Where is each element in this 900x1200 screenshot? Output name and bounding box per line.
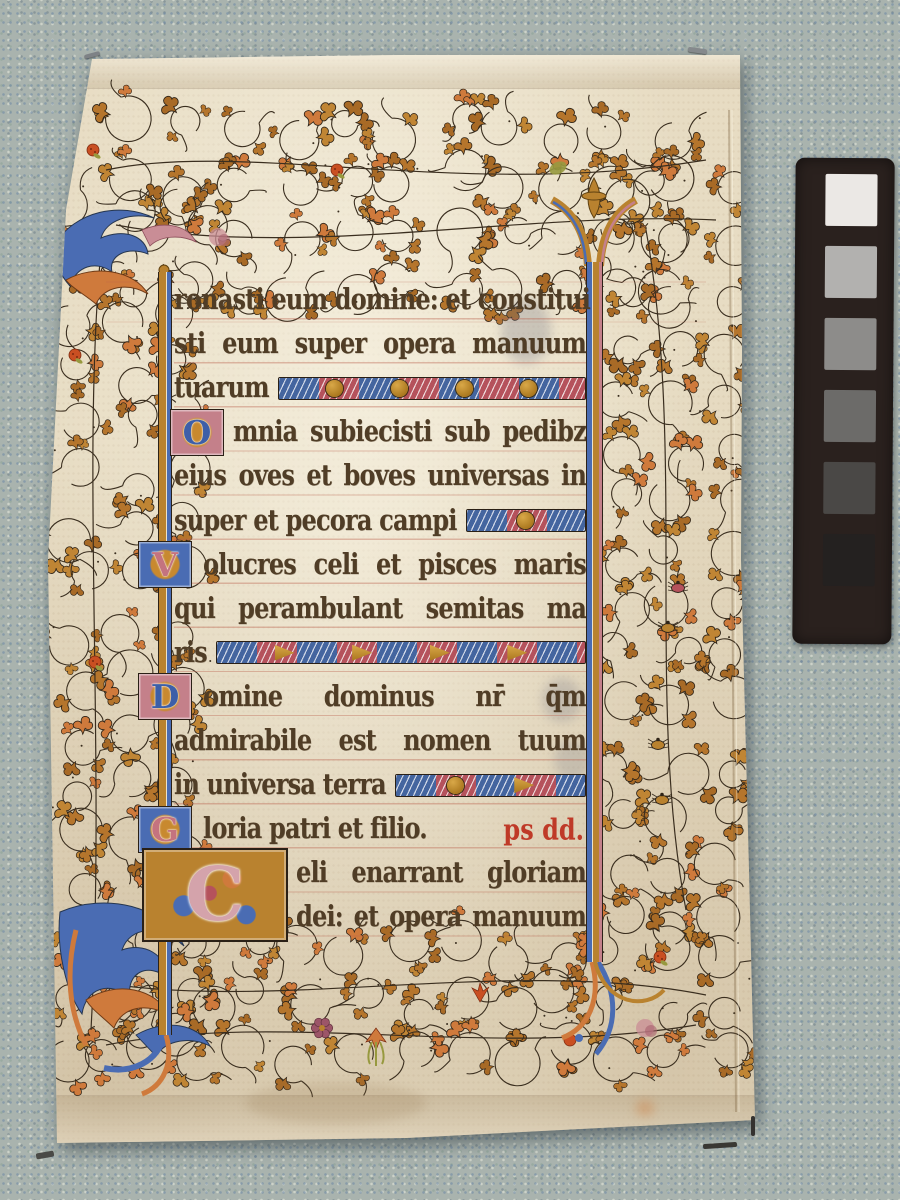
line-filler bbox=[466, 509, 586, 532]
calibration-patch bbox=[825, 174, 877, 226]
line-text: olucres celi et pisces maris bbox=[203, 549, 586, 578]
text-line: ris bbox=[174, 631, 586, 675]
line-filler bbox=[278, 377, 586, 400]
stain bbox=[636, 1100, 654, 1116]
big-illuminated-initial-C: C bbox=[142, 848, 288, 942]
gold-triangle-ornament bbox=[352, 645, 372, 661]
text-line: Gloria patri et filio.ps dd. bbox=[174, 807, 586, 851]
calibration-patch bbox=[823, 534, 875, 586]
gold-ball-ornament bbox=[326, 380, 343, 397]
text-line: Volucres celi et pisces maris bbox=[174, 543, 586, 587]
gold-ball-ornament bbox=[391, 380, 408, 397]
gold-ball-ornament bbox=[447, 777, 464, 794]
calibration-patch bbox=[823, 462, 875, 514]
illuminated-initial: G bbox=[138, 806, 192, 853]
calibration-patch bbox=[825, 246, 877, 298]
manuscript-page: ronasti eum domine: et constituisti eum … bbox=[46, 50, 758, 1148]
mounting-mark bbox=[703, 1142, 737, 1149]
line-text: eius oves et boves universas in bbox=[174, 461, 586, 490]
line-text: super et pecora campi bbox=[174, 505, 457, 534]
manuscript-page-wrap: ronasti eum domine: et constituisti eum … bbox=[46, 50, 758, 1148]
gold-ball-ornament bbox=[456, 380, 473, 397]
stain bbox=[246, 1082, 426, 1124]
gold-ball-ornament bbox=[520, 380, 537, 397]
line-text: eli enarrant gloriam bbox=[296, 858, 586, 887]
line-text: tuarum bbox=[174, 373, 269, 402]
line-text: loria patri et filio. bbox=[203, 814, 427, 843]
line-text: mnia subiecisti sub pedibz bbox=[233, 417, 586, 446]
line-text: ris bbox=[174, 638, 207, 667]
text-line: in universa terra bbox=[174, 763, 586, 807]
illuminated-initial: O bbox=[170, 409, 224, 456]
line-text: omine dominus nr̄ q̄m bbox=[203, 682, 586, 711]
text-block: ronasti eum domine: et constituisti eum … bbox=[174, 278, 586, 941]
text-line: Omnia subiecisti sub pedibz bbox=[174, 410, 586, 454]
calibration-patch bbox=[824, 390, 876, 442]
manuscript-photo-background: { "scene": { "description": "Photograph … bbox=[0, 0, 900, 1200]
bar-border-right bbox=[586, 262, 603, 962]
line-filler bbox=[395, 774, 586, 797]
gold-triangle-ornament bbox=[514, 777, 534, 793]
line-filler bbox=[216, 641, 586, 664]
line-text: in universa terra bbox=[174, 770, 386, 799]
text-line: tuarum bbox=[174, 366, 586, 410]
line-text: dei: et opera manuum bbox=[296, 902, 586, 931]
text-line: Domine dominus nr̄ q̄m bbox=[174, 675, 586, 719]
mounting-mark bbox=[36, 1150, 55, 1159]
line-text: admirabile est nomen tuum bbox=[174, 726, 586, 755]
line-text: ronasti eum domine: et constitui bbox=[174, 285, 590, 314]
gold-triangle-ornament bbox=[430, 645, 450, 661]
rubric-text: ps dd. bbox=[503, 812, 586, 847]
illuminated-initial: V bbox=[138, 541, 192, 588]
text-line: ronasti eum domine: et constitui bbox=[174, 278, 586, 322]
grayscale-calibration-card bbox=[792, 158, 894, 645]
text-line: qui perambulant semitas ma bbox=[174, 587, 586, 631]
line-text: sti eum super opera manuum bbox=[174, 329, 586, 358]
text-line: sti eum super opera manuum bbox=[174, 322, 586, 366]
gold-triangle-ornament bbox=[275, 645, 295, 661]
illuminated-initial: D bbox=[138, 673, 192, 720]
mounting-mark bbox=[751, 1116, 755, 1136]
gold-ball-ornament bbox=[517, 512, 534, 529]
text-line: eius oves et boves universas in bbox=[174, 454, 586, 498]
line-text: qui perambulant semitas ma bbox=[174, 594, 586, 623]
text-line: admirabile est nomen tuum bbox=[174, 719, 586, 763]
gold-triangle-ornament bbox=[507, 645, 527, 661]
text-line: super et pecora campi bbox=[174, 498, 586, 542]
calibration-patch bbox=[824, 318, 876, 370]
